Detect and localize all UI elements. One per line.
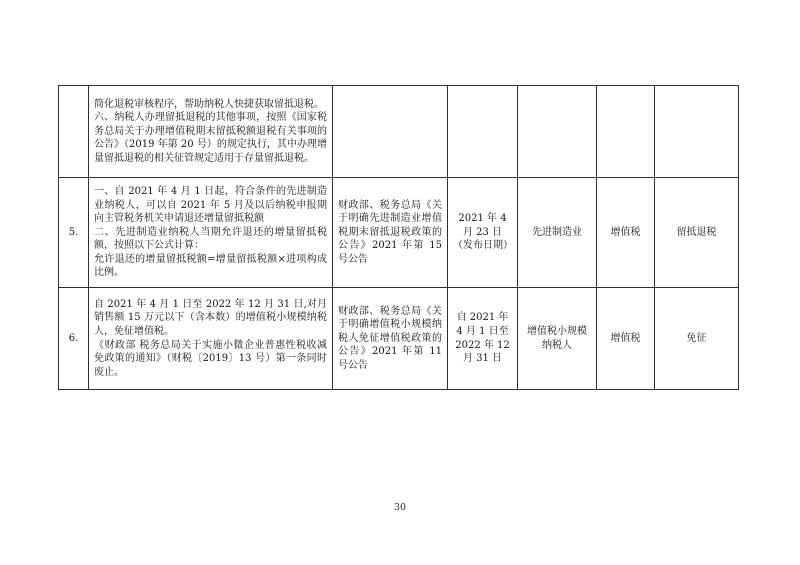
execution-date-cell: 2021 年 4 月 23 日（发布日期） [448,178,518,288]
description-paragraph: 允许退还的增量留抵税额=增量留抵税额×进项构成比例。 [94,253,327,280]
serial-number-cell: 5. [59,178,89,288]
preference-type-cell: 免征 [655,288,739,390]
tax-type-cell: 增值税 [597,178,655,288]
description-paragraph: 六、纳税人办理留抵退税的其他事项，按照《国家税务总局关于办理增值税期末留抵税额退… [94,111,327,165]
description-paragraph: 《财政部 税务总局关于实施小微企业普惠性税收减免政策的通知》（财税〔2019〕1… [94,339,327,380]
policy-description-cell: 一、自 2021 年 4 月 1 日起，符合条件的先进制造业纳税人，可以自 20… [89,178,333,288]
table-row: 简化退税审核程序，帮助纳税人快捷获取留抵退税。 六、纳税人办理留抵退税的其他事项… [59,86,739,178]
tax-type-cell: 增值税 [597,288,655,390]
description-paragraph: 二、先进制造业纳税人当期允许退还的增量留抵税额，按照以下公式计算： [94,226,327,253]
description-paragraph: 一、自 2021 年 4 月 1 日起，符合条件的先进制造业纳税人，可以自 20… [94,185,327,226]
tax-type-cell [597,86,655,178]
policy-description-cell: 自 2021 年 4 月 1 日至 2022 年 12 月 31 日,对月销售额… [89,288,333,390]
page-number: 30 [0,502,800,513]
document-page: 简化退税审核程序，帮助纳税人快捷获取留抵退税。 六、纳税人办理留抵退税的其他事项… [0,0,800,565]
serial-number-cell: 6. [59,288,89,390]
applicable-subject-cell: 先进制造业 [518,178,597,288]
tax-policy-table: 简化退税审核程序，帮助纳税人快捷获取留抵退税。 六、纳税人办理留抵退税的其他事项… [58,85,739,390]
applicable-subject-cell [518,86,597,178]
applicable-subject-cell: 增值税小规模纳税人 [518,288,597,390]
preference-type-cell [655,86,739,178]
execution-date-cell [448,86,518,178]
execution-date-cell: 自 2021 年 4 月 1 日至 2022 年 12 月 31 日 [448,288,518,390]
table-row: 5. 一、自 2021 年 4 月 1 日起，符合条件的先进制造业纳税人，可以自… [59,178,739,288]
serial-number-cell [59,86,89,178]
policy-description-cell: 简化退税审核程序，帮助纳税人快捷获取留抵退税。 六、纳税人办理留抵退税的其他事项… [89,86,333,178]
policy-document-cell: 财政部、税务总局《关于明确增值税小规模纳税人免征增值税政策的公告》2021 年第… [333,288,448,390]
table-row: 6. 自 2021 年 4 月 1 日至 2022 年 12 月 31 日,对月… [59,288,739,390]
policy-document-cell [333,86,448,178]
policy-document-cell: 财政部、税务总局《关于明确先进制造业增值税期末留抵退税政策的公告》2021 年第… [333,178,448,288]
preference-type-cell: 留抵退税 [655,178,739,288]
description-paragraph: 简化退税审核程序，帮助纳税人快捷获取留抵退税。 [94,98,327,112]
description-paragraph: 自 2021 年 4 月 1 日至 2022 年 12 月 31 日,对月销售额… [94,298,327,339]
